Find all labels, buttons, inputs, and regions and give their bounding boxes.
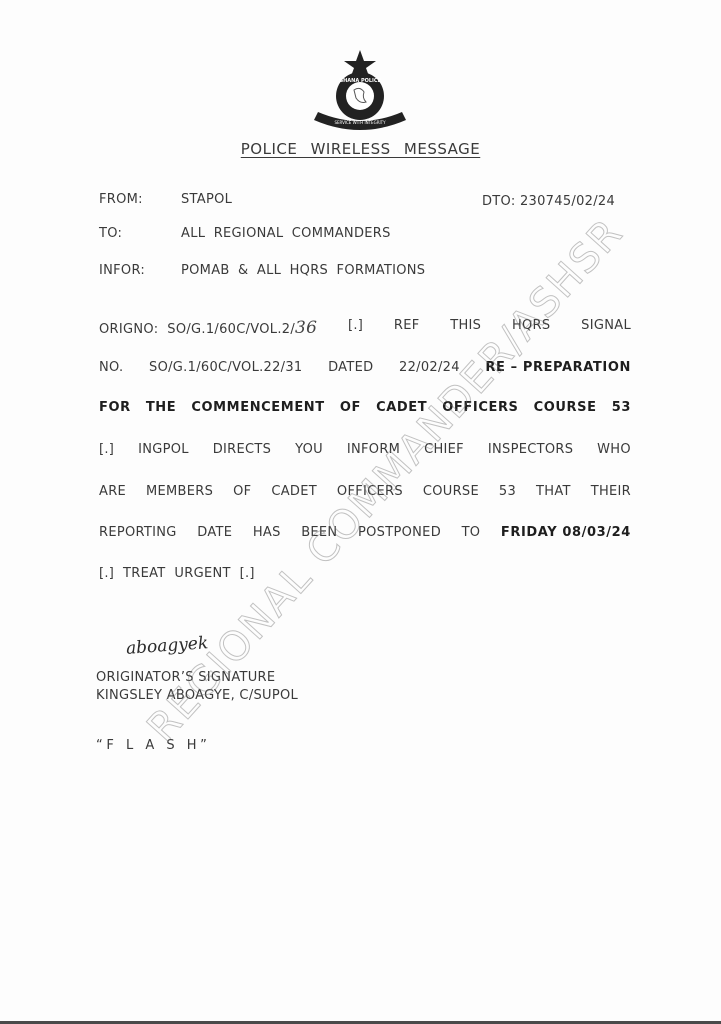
- infor-label: INFOR:: [99, 263, 145, 278]
- dto-value: DTO: 230745/02/24: [482, 194, 615, 209]
- word: INGPOL: [138, 442, 189, 457]
- word: DATED: [328, 360, 373, 375]
- bold-word: FOR: [99, 400, 131, 415]
- bold-word: OF: [340, 400, 361, 415]
- svg-text:GHANA POLICE: GHANA POLICE: [339, 78, 382, 84]
- title-text: POLICE WIRELESS MESSAGE: [241, 140, 481, 158]
- word: HAS: [253, 525, 281, 540]
- body-line-4: [.] INGPOL DIRECTS YOU INFORM CHIEF INSP…: [99, 442, 631, 457]
- handwritten-number: 36: [295, 318, 317, 338]
- word: THEIR: [591, 484, 631, 499]
- word: THIS: [450, 318, 481, 338]
- word: SO/G.1/60C/VOL.22/31: [149, 360, 302, 375]
- to-value: ALL REGIONAL COMMANDERS: [181, 226, 391, 241]
- ghana-police-crest-icon: SERVICE WITH INTEGRITY GHANA POLICE: [308, 48, 412, 132]
- word: SIGNAL: [581, 318, 631, 338]
- word: NO.: [99, 360, 123, 375]
- word: INSPECTORS: [488, 442, 573, 457]
- word: OF: [233, 484, 251, 499]
- word: MEMBERS: [146, 484, 213, 499]
- bold-date: FRIDAY 08/03/24: [501, 525, 631, 540]
- from-value: STAPOL: [181, 192, 232, 207]
- word: TO: [462, 525, 481, 540]
- word: ORIGNO:: [99, 322, 158, 337]
- bold-word: 53: [612, 400, 631, 415]
- word: ARE: [99, 484, 126, 499]
- bold-word: COMMENCEMENT: [191, 400, 324, 415]
- precedence-flash: “F L A S H”: [96, 738, 211, 753]
- word: WHO: [597, 442, 631, 457]
- from-label: FROM:: [99, 192, 143, 207]
- page-title: POLICE WIRELESS MESSAGE: [0, 140, 721, 158]
- bold-word: COURSE: [534, 400, 597, 415]
- word: [.]: [99, 442, 114, 457]
- body-line-7: [.] TREAT URGENT [.]: [99, 566, 255, 581]
- body-line-3: FOR THE COMMENCEMENT OF CADET OFFICERS C…: [99, 400, 631, 415]
- infor-value: POMAB & ALL HQRS FORMATIONS: [181, 263, 425, 278]
- to-label: TO:: [99, 226, 122, 241]
- svg-text:SERVICE WITH INTEGRITY: SERVICE WITH INTEGRITY: [334, 120, 386, 125]
- word: REF: [394, 318, 420, 338]
- word: DIRECTS: [213, 442, 271, 457]
- word: 53: [499, 484, 516, 499]
- word: REPORTING: [99, 525, 177, 540]
- word: YOU: [295, 442, 323, 457]
- word: THAT: [536, 484, 571, 499]
- word: DATE: [197, 525, 232, 540]
- document-page: SERVICE WITH INTEGRITY GHANA POLICE POLI…: [0, 0, 721, 1024]
- body-line-2: NO. SO/G.1/60C/VOL.22/31 DATED 22/02/24 …: [99, 360, 631, 375]
- word: [.]: [348, 318, 363, 338]
- word: SO/G.1/60C/VOL.2/: [167, 322, 295, 337]
- word: CADET: [271, 484, 317, 499]
- word: COURSE: [423, 484, 479, 499]
- bold-word: THE: [146, 400, 176, 415]
